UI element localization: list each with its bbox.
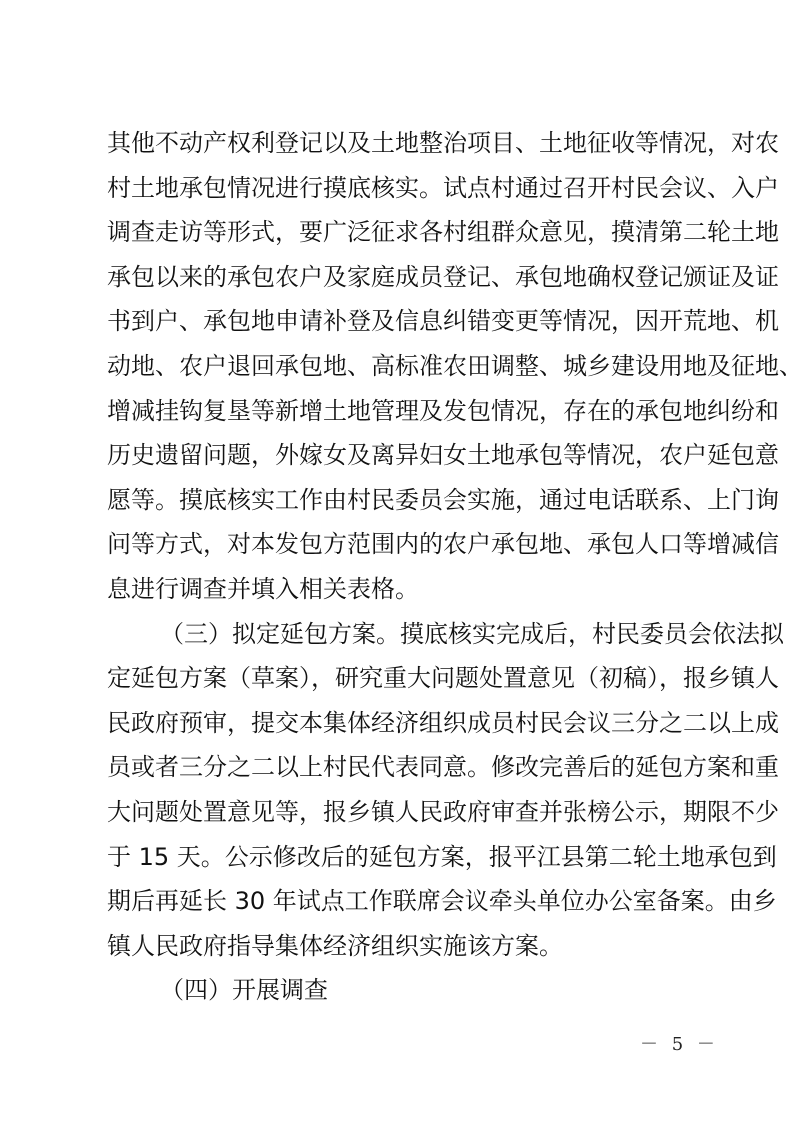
text-line: 民政府预审，提交本集体经济组织成员村民会议三分之二以上成 bbox=[107, 701, 695, 746]
text-line: 承包以来的承包农户及家庭成员登记、承包地确权登记颁证及证 bbox=[107, 255, 695, 300]
text-line: 增减挂钩复垦等新增土地管理及发包情况，存在的承包地纠纷和 bbox=[107, 389, 695, 434]
text-line: 息进行调查并填入相关表格。 bbox=[107, 567, 695, 612]
text-line: 调查走访等形式，要广泛征求各村组群众意见，摸清第二轮土地 bbox=[107, 210, 695, 255]
text-line: 历史遗留问题，外嫁女及离异妇女土地承包等情况，农户延包意 bbox=[107, 433, 695, 478]
text-line: 期后再延长 30 年试点工作联席会议牵头单位办公室备案。由乡 bbox=[107, 879, 695, 924]
document-page: 其他不动产权利登记以及土地整治项目、土地征收等情况，对农 村土地承包情况进行摸底… bbox=[0, 0, 794, 1122]
text-line: 愿等。摸底核实工作由村民委员会实施，通过电话联系、上门询 bbox=[107, 478, 695, 523]
section-heading: （四）开展调查 bbox=[107, 968, 695, 1013]
text-line: 其他不动产权利登记以及土地整治项目、土地征收等情况，对农 bbox=[107, 121, 695, 166]
text-line: 村土地承包情况进行摸底核实。试点村通过召开村民会议、入户 bbox=[107, 166, 695, 211]
text-line: 大问题处置意见等，报乡镇人民政府审查并张榜公示，期限不少 bbox=[107, 790, 695, 835]
text-line: 问等方式，对本发包方范围内的农户承包地、承包人口等增减信 bbox=[107, 522, 695, 567]
paragraph-conduct-survey-heading: （四）开展调查 bbox=[107, 968, 695, 1013]
text-line: 镇人民政府指导集体经济组织实施该方案。 bbox=[107, 924, 695, 969]
text-line: 于 15 天。公示修改后的延包方案，报平江县第二轮土地承包到 bbox=[107, 835, 695, 880]
text-line: 定延包方案（草案），研究重大问题处置意见（初稿），报乡镇人 bbox=[107, 656, 695, 701]
text-line: 员或者三分之二以上村民代表同意。修改完善后的延包方案和重 bbox=[107, 745, 695, 790]
section-heading-line: （三）拟定延包方案。摸底核实完成后，村民委员会依法拟 bbox=[107, 612, 695, 657]
document-body: 其他不动产权利登记以及土地整治项目、土地征收等情况，对农 村土地承包情况进行摸底… bbox=[107, 121, 695, 1013]
text-line: 书到户、承包地申请补登及信息纠错变更等情况，因开荒地、机 bbox=[107, 299, 695, 344]
page-number: － 5 － bbox=[640, 1030, 719, 1056]
paragraph-draft-extension-plan: （三）拟定延包方案。摸底核实完成后，村民委员会依法拟 定延包方案（草案），研究重… bbox=[107, 612, 695, 969]
text-line: 动地、农户退回承包地、高标准农田调整、城乡建设用地及征地、 bbox=[107, 344, 695, 389]
paragraph-land-survey-continued: 其他不动产权利登记以及土地整治项目、土地征收等情况，对农 村土地承包情况进行摸底… bbox=[107, 121, 695, 612]
